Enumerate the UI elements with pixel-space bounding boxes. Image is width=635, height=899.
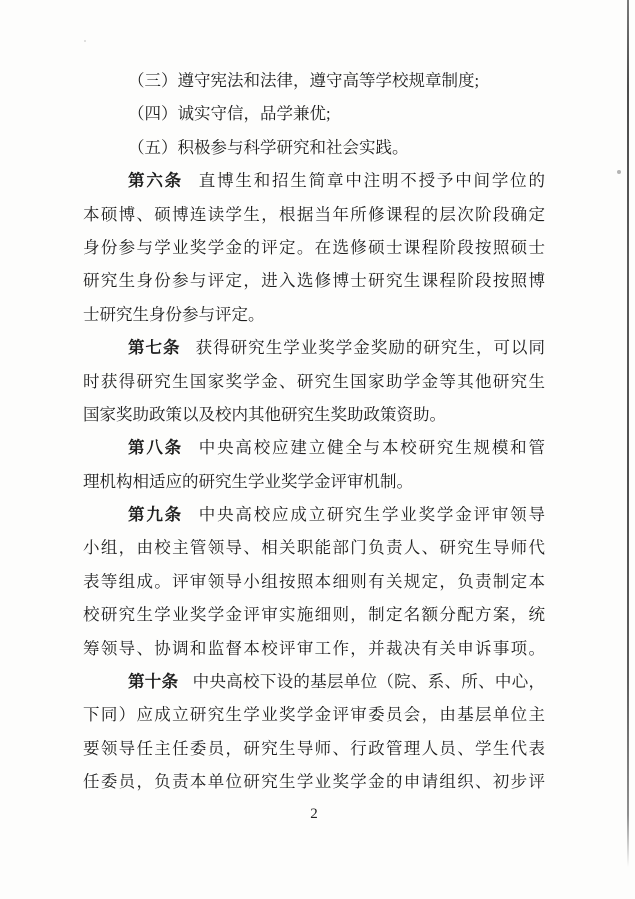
list-item-3: （三）遵守宪法和法律，遵守高等学校规章制度; bbox=[83, 64, 545, 97]
text-line-content: 直博生和招生简章中注明不授予中间学位的 bbox=[197, 171, 545, 190]
scan-speck bbox=[617, 170, 621, 174]
text-line: 校研究生学业奖学金评审实施细则，制定名额分配方案，统 bbox=[83, 598, 545, 631]
text-line: 小组，由校主管领导、相关职能部门负责人、研究生导师代 bbox=[83, 531, 545, 564]
article-8: 第八条中央高校应建立健全与本校研究生规模和管 理机构相适应的研究生学业奖学金评审… bbox=[83, 431, 545, 498]
text-line: 第六条直博生和招生简章中注明不授予中间学位的 bbox=[83, 164, 545, 197]
list-item-4: （四）诚实守信，品学兼优; bbox=[83, 97, 545, 130]
text-line: 任委员，负责本单位研究生学业奖学金的申请组织、初步评 bbox=[83, 765, 545, 798]
article-8-number: 第八条 bbox=[128, 438, 183, 457]
article-10: 第十条中央高校下设的基层单位（院、系、所、中心， 下同）应成立研究生学业奖学金评… bbox=[83, 665, 545, 799]
text-line: 表等组成。评审领导小组按照本细则有关规定，负责制定本 bbox=[83, 565, 545, 598]
text-line: 本硕博、硕博连读学生，根据当年所修课程的层次阶段确定 bbox=[83, 198, 545, 231]
article-9-number: 第九条 bbox=[128, 505, 183, 524]
text-line: 下同）应成立研究生学业奖学金评审委员会，由基层单位主 bbox=[83, 698, 545, 731]
article-7: 第七条获得研究生学业奖学金奖励的研究生，可以同 时获得研究生国家奖学金、研究生国… bbox=[83, 331, 545, 431]
text-line: 理机构相适应的研究生学业奖学金评审机制。 bbox=[83, 465, 545, 498]
text-line: 要领导任主任委员，研究生导师、行政管理人员、学生代表 bbox=[83, 732, 545, 765]
text-line-content: 中央高校应建立健全与本校研究生规模和管 bbox=[197, 438, 545, 457]
text-line: 第八条中央高校应建立健全与本校研究生规模和管 bbox=[83, 431, 545, 464]
text-line: 第七条获得研究生学业奖学金奖励的研究生，可以同 bbox=[83, 331, 545, 364]
scan-edge-artifact bbox=[627, 0, 629, 867]
article-6-number: 第六条 bbox=[128, 171, 183, 190]
scan-speck bbox=[84, 40, 86, 42]
text-line: 第九条中央高校应成立研究生学业奖学金评审领导 bbox=[83, 498, 545, 531]
text-line-content: 获得研究生学业奖学金奖励的研究生，可以同 bbox=[195, 338, 545, 357]
text-line: 筹领导、协调和监督本校评审工作，并裁决有关申诉事项。 bbox=[83, 632, 545, 665]
text-line: 士研究生身份参与评定。 bbox=[83, 298, 545, 331]
list-item-5: （五）积极参与科学研究和社会实践。 bbox=[83, 131, 545, 164]
text-line: 研究生身份参与评定，进入选修博士研究生课程阶段按照博 bbox=[83, 264, 545, 297]
document-text-block: （三）遵守宪法和法律，遵守高等学校规章制度; （四）诚实守信，品学兼优; （五）… bbox=[83, 64, 545, 799]
text-line: 国家奖助政策以及校内其他研究生奖助政策资助。 bbox=[83, 398, 545, 431]
text-line: 第十条中央高校下设的基层单位（院、系、所、中心， bbox=[83, 665, 545, 698]
article-9: 第九条中央高校应成立研究生学业奖学金评审领导 小组，由校主管领导、相关职能部门负… bbox=[83, 498, 545, 665]
text-line-content: 中央高校应成立研究生学业奖学金评审领导 bbox=[197, 505, 545, 524]
page-number: 2 bbox=[83, 806, 545, 823]
text-line: 时获得研究生国家奖学金、研究生国家助学金等其他研究生 bbox=[83, 365, 545, 398]
text-line-content: 中央高校下设的基层单位（院、系、所、中心， bbox=[192, 672, 545, 691]
text-line: 身份参与学业奖学金的评定。在选修硕士课程阶段按照硕士 bbox=[83, 231, 545, 264]
article-7-number: 第七条 bbox=[128, 338, 181, 357]
article-10-number: 第十条 bbox=[128, 672, 178, 691]
scanned-document-page: （三）遵守宪法和法律，遵守高等学校规章制度; （四）诚实守信，品学兼优; （五）… bbox=[0, 0, 635, 899]
article-6: 第六条直博生和招生简章中注明不授予中间学位的 本硕博、硕博连读学生，根据当年所修… bbox=[83, 164, 545, 331]
